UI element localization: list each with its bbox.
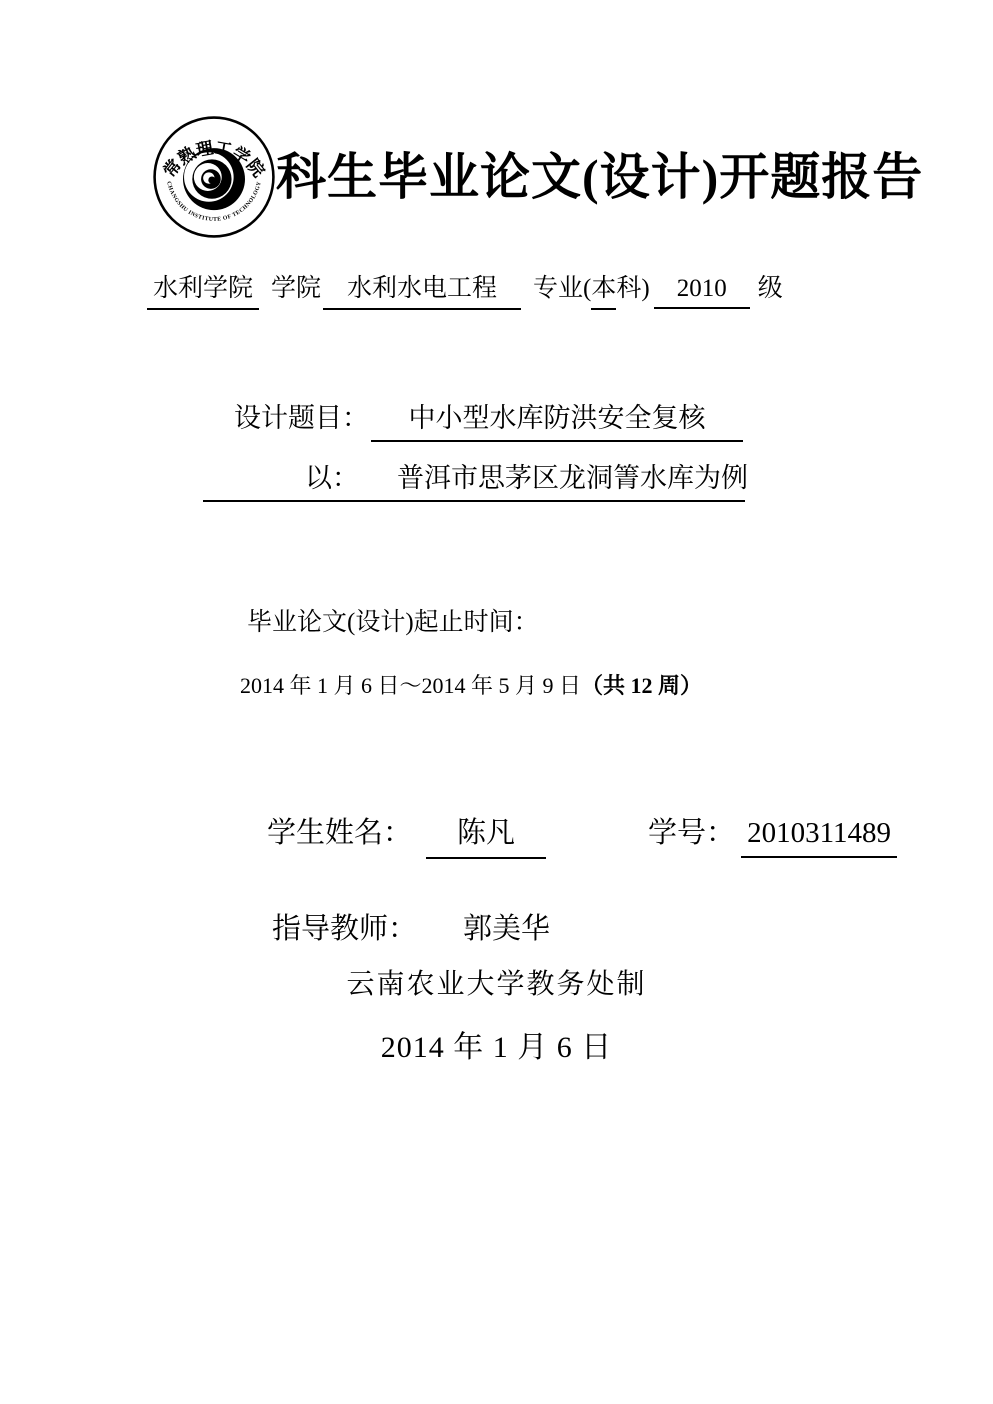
college-value: 水利学院	[147, 268, 259, 310]
student-id-value: 2010311489	[741, 817, 897, 858]
advisor-line: 指导教师： 郭美华	[272, 906, 550, 947]
page-title: 科生毕业论文(设计)开题报告	[276, 137, 923, 209]
duration-label: 毕业论文(设计)起止时间：	[247, 602, 539, 638]
topic-subtitle-value: 普洱市思茅区龙洞箐水库为例	[397, 463, 748, 493]
student-name-label: 学生姓名：	[267, 810, 412, 851]
topic-subtitle-underline: 以：普洱市思茅区龙洞箐水库为例	[203, 456, 745, 502]
grade-value: 2010	[654, 275, 750, 309]
major-label-suffix: 科)	[616, 268, 649, 304]
major-label-prefix: 专业(	[533, 268, 591, 304]
affiliation-line: 水利学院 学院 水利水电工程 专业( 本 科) 2010 级	[147, 268, 783, 310]
duration-dates: 2014 年 1 月 6 日～2014 年 5 月 9 日（共 12 周）	[240, 669, 702, 700]
college-label: 学院	[271, 268, 321, 304]
issuer-line: 云南农业大学教务处制	[0, 962, 993, 1002]
issue-date: 2014 年 1 月 6 日	[0, 1022, 993, 1066]
student-id-label: 学号：	[648, 810, 735, 851]
topic-subtitle-label: 以：	[305, 463, 359, 493]
student-name-value: 陈凡	[426, 810, 546, 859]
major-value: 水利水电工程	[323, 268, 521, 310]
thesis-proposal-cover-page: 常熟理工学院 CHANGSHU INSTITUTE OF TECHNOLOGY …	[0, 0, 993, 1404]
topic-label: 设计题目：	[234, 396, 369, 435]
advisor-label: 指导教师：	[272, 906, 417, 947]
university-seal-logo: 常熟理工学院 CHANGSHU INSTITUTE OF TECHNOLOGY	[152, 115, 276, 239]
grade-label: 级	[758, 268, 783, 304]
student-line: 学生姓名： 陈凡 学号： 2010311489	[267, 810, 897, 859]
topic-title-value: 中小型水库防洪安全复核	[371, 396, 743, 442]
topic-line-1: 设计题目： 中小型水库防洪安全复核	[234, 396, 743, 442]
topic-line-2: 以：普洱市思茅区龙洞箐水库为例	[203, 456, 745, 502]
advisor-name-value: 郭美华	[463, 906, 550, 947]
duration-range: 2014 年 1 月 6 日～2014 年 5 月 9 日	[240, 673, 581, 698]
degree-type-value: 本	[591, 268, 616, 310]
duration-weeks: （共 12 周）	[581, 673, 702, 698]
university-seal-icon: 常熟理工学院 CHANGSHU INSTITUTE OF TECHNOLOGY	[152, 115, 276, 239]
